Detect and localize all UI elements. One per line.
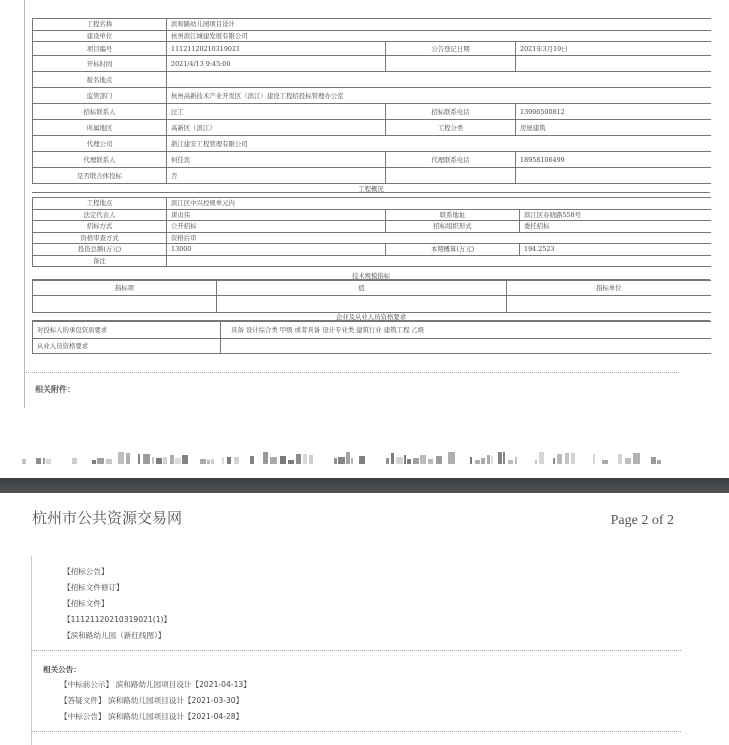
value-cell bbox=[516, 56, 711, 72]
table-row: 开标时间 2021/4/13 9:45:00 bbox=[33, 56, 711, 72]
related-announcement-link[interactable]: 【中标公告】 滨和路幼儿园项目设计【2021-04-28】 bbox=[60, 709, 251, 725]
section-title-overview: 工程概况 bbox=[32, 185, 710, 193]
label-cell: 工程名称 bbox=[33, 19, 167, 31]
attachments-label: 相关附件： bbox=[35, 384, 75, 395]
table-row: 建设单位 杭州滨江城建发展有限公司 bbox=[33, 30, 711, 42]
table-row: 工程名称 滨和路幼儿园项目设计 bbox=[33, 19, 711, 31]
table-row bbox=[33, 296, 711, 313]
table-row: 招标方式 公开招标 招标组织形式 委托招标 bbox=[33, 221, 711, 233]
label-cell: 联系地址 bbox=[386, 209, 520, 221]
page-left-border bbox=[24, 0, 25, 408]
value-cell: 具备 设计综合类 甲级 或者具备 设计专业类 建筑行业 建筑工程 乙级 bbox=[221, 322, 711, 339]
table-header-row: 指标项 值 指标单位 bbox=[33, 281, 711, 296]
table-row: 资格审查方式 资格后审 bbox=[33, 232, 711, 244]
label-cell: 代理联系人 bbox=[33, 152, 167, 168]
table-row: 从业人员资格要求 bbox=[33, 339, 711, 354]
value-cell: 滨和路幼儿园项目设计 bbox=[167, 19, 711, 31]
value-cell: 2021/4/13 9:45:00 bbox=[167, 56, 386, 72]
document-page-1: 工程名称 滨和路幼儿园项目设计 建设单位 杭州滨江城建发展有限公司 项目编号 1… bbox=[0, 0, 729, 478]
value-cell: 公开招标 bbox=[167, 221, 386, 233]
table-row: 投资总额(万元) 13000 本期概算(万元) 194.2523 bbox=[33, 244, 711, 256]
label-cell: 开标时间 bbox=[33, 56, 167, 72]
table-row: 备注 bbox=[33, 255, 711, 267]
value-cell: 房屋建筑 bbox=[516, 120, 711, 136]
value-cell bbox=[33, 296, 217, 313]
label-cell: 招标联系人 bbox=[33, 104, 167, 120]
value-cell: 杭州高新技术产业开发区（滨江）建设工程招投标管理办公室 bbox=[167, 88, 711, 104]
label-cell bbox=[386, 168, 516, 184]
value-cell: 13906500812 bbox=[516, 104, 711, 120]
label-cell: 公告登记日期 bbox=[386, 42, 516, 56]
page-indicator: Page 2 of 2 bbox=[611, 513, 674, 529]
label-cell: 投资总额(万元) bbox=[33, 244, 167, 256]
value-cell bbox=[167, 255, 711, 267]
attachment-link[interactable]: 【滨和路幼儿园（新红线图）】 bbox=[63, 628, 171, 644]
label-cell: 备注 bbox=[33, 255, 167, 267]
attachment-link[interactable]: 【招标公告】 bbox=[63, 564, 171, 580]
table-row: 代理联系人 何佳宾 代理联系电话 18958106499 bbox=[33, 152, 711, 168]
divider bbox=[31, 731, 681, 732]
table-row: 法定代表人 唐贞伟 联系地址 滨江区春晓路558号 bbox=[33, 209, 711, 221]
label-cell: 工程地点 bbox=[33, 198, 167, 210]
attachment-link[interactable]: 【招标文件】 bbox=[63, 596, 171, 612]
label-cell: 法定代表人 bbox=[33, 209, 167, 221]
label-cell: 招标联系电话 bbox=[386, 104, 516, 120]
label-cell: 代理联系电话 bbox=[386, 152, 516, 168]
label-cell: 报名地点 bbox=[33, 72, 167, 88]
basic-info-table: 工程名称 滨和路幼儿园项目设计 建设单位 杭州滨江城建发展有限公司 项目编号 1… bbox=[32, 18, 711, 184]
value-cell: 滨江区春晓路558号 bbox=[520, 209, 711, 221]
value-cell: 18958106499 bbox=[516, 152, 711, 168]
section-title-tech: 技术规模指标 bbox=[32, 272, 710, 280]
value-cell: 194.2523 bbox=[520, 244, 711, 256]
overview-table: 工程地点 滨江区中兴控规单元内 法定代表人 唐贞伟 联系地址 滨江区春晓路558… bbox=[32, 197, 711, 267]
column-header: 值 bbox=[217, 281, 507, 296]
column-header: 指标项 bbox=[33, 281, 217, 296]
label-cell: 代理公司 bbox=[33, 136, 167, 152]
label-cell: 监管部门 bbox=[33, 88, 167, 104]
label-cell: 从业人员资格要求 bbox=[33, 339, 221, 354]
label-cell bbox=[386, 56, 516, 72]
table-row: 对投标人的承包资质要求 具备 设计综合类 甲级 或者具备 设计专业类 建筑行业 … bbox=[33, 322, 711, 339]
label-cell: 招标方式 bbox=[33, 221, 167, 233]
value-cell: 2021年3月19日 bbox=[516, 42, 711, 56]
table-row: 所属地区 高新区（滨江） 工程分类 房屋建筑 bbox=[33, 120, 711, 136]
tech-indicator-table: 指标项 值 指标单位 bbox=[32, 280, 711, 313]
value-cell: 唐贞伟 bbox=[167, 209, 386, 221]
label-cell: 项目编号 bbox=[33, 42, 167, 56]
value-cell: 何佳宾 bbox=[167, 152, 386, 168]
value-cell bbox=[167, 72, 711, 88]
page-separator bbox=[0, 478, 729, 493]
value-cell: 11121120210319021 bbox=[167, 42, 386, 56]
value-cell: 杭州滨江城建发展有限公司 bbox=[167, 30, 711, 42]
section-title-qualification: 企业及从业人员资格要求 bbox=[32, 313, 710, 321]
value-cell bbox=[221, 339, 711, 354]
qualification-table: 对投标人的承包资质要求 具备 设计综合类 甲级 或者具备 设计专业类 建筑行业 … bbox=[32, 321, 711, 354]
related-announcement-link[interactable]: 【中标前公示】 滨和路幼儿园项目设计【2021-04-13】 bbox=[60, 677, 251, 693]
value-cell: 滨江区中兴控规单元内 bbox=[167, 198, 711, 210]
label-cell: 所属地区 bbox=[33, 120, 167, 136]
value-cell: 高新区（滨江） bbox=[167, 120, 386, 136]
label-cell: 招标组织形式 bbox=[386, 221, 520, 233]
related-announcements-list: 【中标前公示】 滨和路幼儿园项目设计【2021-04-13】 【答疑文件】 滨和… bbox=[60, 677, 251, 725]
value-cell bbox=[217, 296, 507, 313]
value-cell: 汪工 bbox=[167, 104, 386, 120]
label-cell: 工程分类 bbox=[386, 120, 516, 136]
table-row: 报名地点 bbox=[33, 72, 711, 88]
site-name: 杭州市公共资源交易网 bbox=[32, 507, 182, 528]
value-cell: 否 bbox=[167, 168, 386, 184]
value-cell: 资格后审 bbox=[167, 232, 711, 244]
table-row: 项目编号 11121120210319021 公告登记日期 2021年3月19日 bbox=[33, 42, 711, 56]
divider bbox=[31, 650, 681, 651]
value-cell: 浙江建安工程管理有限公司 bbox=[167, 136, 711, 152]
project-info-document: 工程名称 滨和路幼儿园项目设计 建设单位 杭州滨江城建发展有限公司 项目编号 1… bbox=[32, 18, 710, 354]
column-header: 指标单位 bbox=[507, 281, 711, 296]
value-cell: 13000 bbox=[167, 244, 386, 256]
label-cell: 建设单位 bbox=[33, 30, 167, 42]
value-cell bbox=[516, 168, 711, 184]
pixelated-footer-text bbox=[22, 448, 672, 468]
value-cell: 委托招标 bbox=[520, 221, 711, 233]
label-cell: 资格审查方式 bbox=[33, 232, 167, 244]
document-page-2: 杭州市公共资源交易网 Page 2 of 2 【招标公告】 【招标文件修订】 【… bbox=[0, 493, 729, 745]
value-cell bbox=[507, 296, 711, 313]
table-row: 是否联合体投标 否 bbox=[33, 168, 711, 184]
attachment-link[interactable]: 【招标文件修订】 bbox=[63, 580, 171, 596]
related-announcement-link[interactable]: 【答疑文件】 滨和路幼儿园项目设计【2021-03-30】 bbox=[60, 693, 251, 709]
label-cell: 本期概算(万元) bbox=[386, 244, 520, 256]
attachment-link[interactable]: 【11121120210319021(1)】 bbox=[63, 612, 171, 628]
table-row: 工程地点 滨江区中兴控规单元内 bbox=[33, 198, 711, 210]
related-announcements-title: 相关公告： bbox=[43, 664, 81, 675]
divider bbox=[24, 372, 679, 373]
table-row: 监管部门 杭州高新技术产业开发区（滨江）建设工程招投标管理办公室 bbox=[33, 88, 711, 104]
attachment-list: 【招标公告】 【招标文件修订】 【招标文件】 【1112112021031902… bbox=[63, 564, 171, 644]
table-row: 代理公司 浙江建安工程管理有限公司 bbox=[33, 136, 711, 152]
label-cell: 对投标人的承包资质要求 bbox=[33, 322, 221, 339]
table-row: 招标联系人 汪工 招标联系电话 13906500812 bbox=[33, 104, 711, 120]
label-cell: 是否联合体投标 bbox=[33, 168, 167, 184]
